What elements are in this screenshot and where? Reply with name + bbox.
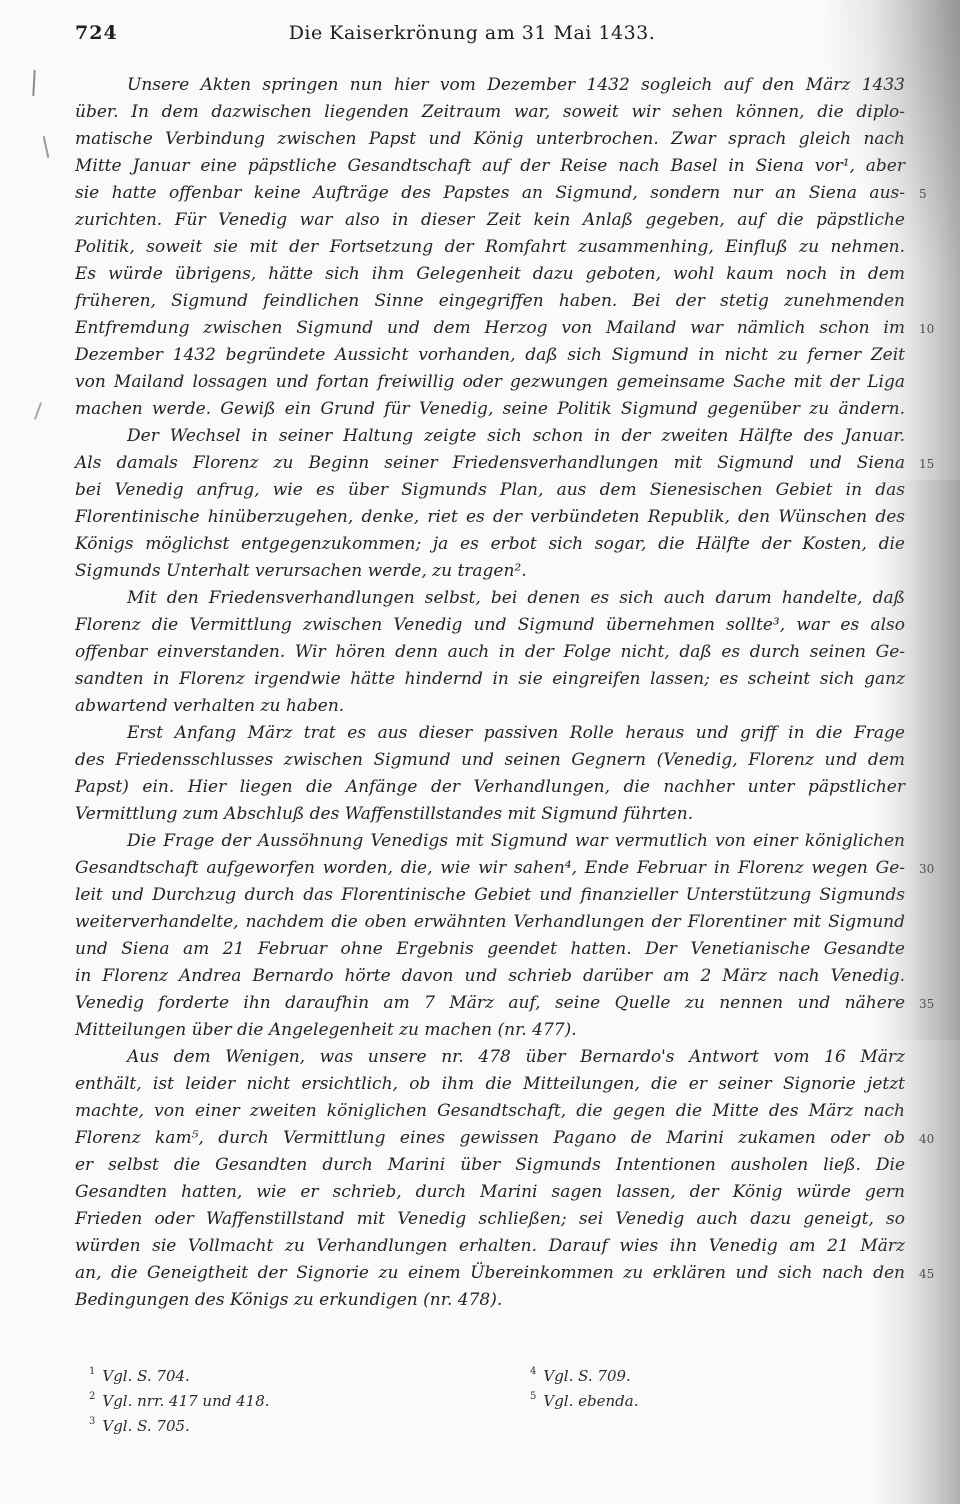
footnote-text: Vgl. ebenda.	[543, 1392, 638, 1410]
scan-stray-mark	[32, 70, 35, 96]
footnote-marker: 3	[89, 1416, 95, 1427]
footnote-text: Vgl. S. 704.	[102, 1367, 189, 1385]
running-title: Die Kaiserkrönung am 31 Mai 1433.	[57, 22, 887, 44]
text-line: früheren, Sigmund feindlichen Sinne eing…	[75, 288, 905, 315]
footnote: 5Vgl. ebenda.	[530, 1385, 638, 1410]
text-line: Mitteilungen über die Angelegenheit zu m…	[75, 1017, 905, 1044]
text-line: von Mailand lossagen und fortan freiwill…	[75, 369, 905, 396]
text-line: Florenz kam⁵, durch Vermittlung eines ge…	[75, 1125, 905, 1152]
footnote: 1Vgl. S. 704.	[89, 1360, 270, 1385]
text-line: Mitte Januar eine päpstliche Gesandtscha…	[75, 153, 905, 180]
margin-line-number: 10	[919, 316, 959, 343]
text-line: Papst) ein. Hier liegen die Anfänge der …	[75, 774, 905, 801]
text-line: zurichten. Für Venedig war also in diese…	[75, 207, 905, 234]
text-line: Es würde übrigens, hätte sich ihm Gelege…	[75, 261, 905, 288]
text-line: er selbst die Gesandten durch Marini übe…	[75, 1152, 905, 1179]
text-line: Florentinische hinüberzugehen, denke, ri…	[75, 504, 905, 531]
text-line: Mit den Friedensverhandlungen selbst, be…	[75, 585, 905, 612]
footnote-marker: 2	[89, 1391, 95, 1402]
text-line: Die Frage der Aussöhnung Venedigs mit Si…	[75, 828, 905, 855]
text-line: und Siena am 21 Februar ohne Ergebnis ge…	[75, 936, 905, 963]
text-line: weiterverhandelte, nachdem die oben erwä…	[75, 909, 905, 936]
text-line: Venedig forderte ihn daraufhin am 7 März…	[75, 990, 905, 1017]
text-line: über. In dem dazwischen liegenden Zeitra…	[75, 99, 905, 126]
text-line: Frieden oder Waffenstillstand mit Venedi…	[75, 1206, 905, 1233]
text-line: Gesandtschaft aufgeworfen worden, die, w…	[75, 855, 905, 882]
text-line: machte, von einer zweiten königlichen Ge…	[75, 1098, 905, 1125]
text-line: Der Wechsel in seiner Haltung zeigte sic…	[75, 423, 905, 450]
footnote-marker: 5	[530, 1391, 536, 1402]
text-line: sie hatte offenbar keine Aufträge des Pa…	[75, 180, 905, 207]
text-line: abwartend verhalten zu haben.	[75, 693, 905, 720]
text-line: an, die Geneigtheit der Signorie zu eine…	[75, 1260, 905, 1287]
text-line: Königs möglichst entgegenzukommen; ja es…	[75, 531, 905, 558]
footnote-text: Vgl. S. 709.	[543, 1367, 630, 1385]
text-line: bei Venedig anfrug, wie es über Sigmunds…	[75, 477, 905, 504]
text-line: Unsere Akten springen nun hier vom Dezem…	[75, 72, 905, 99]
footnote: 2Vgl. nrr. 417 und 418.	[89, 1385, 270, 1410]
text-line: matische Verbindung zwischen Papst und K…	[75, 126, 905, 153]
margin-line-number: 35	[919, 991, 959, 1018]
scan-stray-mark	[34, 402, 42, 420]
margin-line-number: 5	[919, 181, 959, 208]
margin-line-number: 20	[919, 586, 959, 613]
margin-line-number: 45	[919, 1261, 959, 1288]
text-line: leit und Durchzug durch das Florentinisc…	[75, 882, 905, 909]
footnote-column-left: 1Vgl. S. 704.2Vgl. nrr. 417 und 418.3Vgl…	[89, 1360, 270, 1435]
text-line: Gesandten hatten, wie er schrieb, durch …	[75, 1179, 905, 1206]
text-line: des Friedensschlusses zwischen Sigmund u…	[75, 747, 905, 774]
scanned-book-page: 724 Die Kaiserkrönung am 31 Mai 1433. Un…	[0, 0, 960, 1504]
margin-line-number: 30	[919, 856, 959, 883]
text-line: Erst Anfang März trat es aus dieser pass…	[75, 720, 905, 747]
body-text: Unsere Akten springen nun hier vom Dezem…	[75, 72, 905, 1314]
text-line: Dezember 1432 begründete Aussicht vorhan…	[75, 342, 905, 369]
page-header: 724 Die Kaiserkrönung am 31 Mai 1433.	[75, 22, 905, 52]
text-line: enthält, ist leider nicht ersichtlich, o…	[75, 1071, 905, 1098]
footnote-marker: 1	[89, 1366, 95, 1377]
margin-line-number: 15	[919, 451, 959, 478]
footnote: 4Vgl. S. 709.	[530, 1360, 638, 1385]
text-line: Florenz die Vermittlung zwischen Venedig…	[75, 612, 905, 639]
text-line: Politik, soweit sie mit der Fortsetzung …	[75, 234, 905, 261]
text-line: Vermittlung zum Abschluß des Waffenstill…	[75, 801, 905, 828]
footnote-text: Vgl. nrr. 417 und 418.	[102, 1392, 269, 1410]
text-line: in Florenz Andrea Bernardo hörte davon u…	[75, 963, 905, 990]
text-line: würden sie Vollmacht zu Verhandlungen er…	[75, 1233, 905, 1260]
margin-line-number: 40	[919, 1126, 959, 1153]
text-line: sandten in Florenz irgendwie hätte hinde…	[75, 666, 905, 693]
footnote: 3Vgl. S. 705.	[89, 1410, 270, 1435]
scan-stray-mark	[43, 136, 50, 158]
footnote-marker: 4	[530, 1366, 536, 1377]
text-line: offenbar einverstanden. Wir hören denn a…	[75, 639, 905, 666]
text-line: Entfremdung zwischen Sigmund und dem Her…	[75, 315, 905, 342]
text-line: Als damals Florenz zu Beginn seiner Frie…	[75, 450, 905, 477]
footnote-text: Vgl. S. 705.	[102, 1417, 189, 1435]
footnote-column-right: 4Vgl. S. 709.5Vgl. ebenda.	[530, 1360, 638, 1410]
text-line: Sigmunds Unterhalt verursachen werde, zu…	[75, 558, 905, 585]
margin-line-number: 25	[919, 721, 959, 748]
text-line: Bedingungen des Königs zu erkundigen (nr…	[75, 1287, 905, 1314]
text-line: machen werde. Gewiß ein Grund für Venedi…	[75, 396, 905, 423]
text-line: Aus dem Wenigen, was unsere nr. 478 über…	[75, 1044, 905, 1071]
